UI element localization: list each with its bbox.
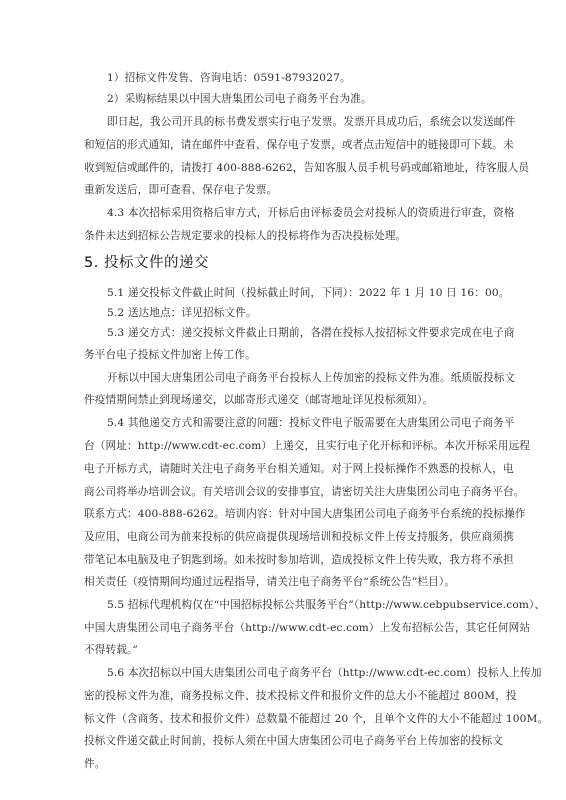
file-limits-line-5: 件。 (84, 757, 482, 771)
file-limits-line-3: 标文件（含商务、技术和报价文件）总数量不能超过 20 个，且单个文件的大小不能超… (84, 712, 482, 726)
publication-line-3: 不得转载。” (84, 643, 482, 657)
other-submission-line-1: 5.4 其他递交方式和需要注意的问题：投标文件电子版需要在大唐集团公司电子商务平 (107, 416, 482, 430)
contact-phone-line: 1）招标文件发售、咨询电话：0591-87932027。 (107, 71, 482, 85)
publication-line-2: 中国大唐集团公司电子商务平台（http://www.cdt-ec.com）上发布… (84, 621, 482, 635)
opening-basis-line-2: 件疫情期间禁止到现场递交，以邮寄形式递交（邮寄地址详见投标须知）。 (84, 393, 482, 407)
deadline-line: 5.1 递交投标文件截止时间（投标截止时间，下同）：2022 年 1 月 10 … (107, 286, 482, 300)
other-submission-line-6: 及应用，电商公司为前来投标的供应商提供现场培训和投标文件上传支持服务，供应商须携 (84, 530, 482, 544)
publication-line-1: 5.5 招标代理机构仅在“中国招标投标公共服务平台”（http://www.ce… (107, 598, 482, 612)
qualification-review-line-2: 条件未达到招标公告规定要求的投标人的投标将作为否决投标处理。 (84, 229, 482, 243)
other-submission-line-7: 带笔记本电脑及电子钥匙到场。如未按时参加培训，造成投标文件上传失败，我方将不承担 (84, 553, 482, 567)
other-submission-line-3: 电子开标方式，请随时关注电子商务平台相关通知。对于网上投标操作不熟悉的投标人，电 (84, 462, 482, 476)
other-submission-line-8: 相关责任（疫情期间均通过远程指导，请关注电子商务平台“系统公告”栏目）。 (84, 575, 482, 589)
file-limits-line-2: 密的投标文件为准，商务投标文件、技术投标文件和报价文件的总大小不能超过 800M… (84, 689, 482, 703)
other-submission-line-5: 联系方式：400-888-6262。培训内容：针对中国大唐集团公司电子商务平台系… (84, 507, 482, 521)
other-submission-line-4: 商公司将举办培训会议。有关培训会议的安排事宜，请密切关注大唐集团公司电子商务平台… (84, 485, 482, 499)
result-platform-line: 2）采购标结果以中国大唐集团公司电子商务平台为准。 (107, 92, 482, 106)
e-invoice-paragraph-line-3: 收到短信或邮件的，请拨打 400-888-6262，告知客服人员手机号码或邮箱地… (84, 161, 482, 175)
section-heading: 5. 投标文件的递交 (84, 254, 209, 272)
qualification-review-line-1: 4.3 本次招标采用资格后审方式，开标后由评标委员会对投标人的资质进行审查，资格 (107, 206, 482, 220)
submission-method-line-2: 务平台电子投标文件加密上传工作。 (84, 348, 482, 362)
e-invoice-paragraph-line-1: 即日起，我公司开具的标书费发票实行电子发票。发票开具成功后，系统会以发送邮件 (107, 115, 482, 129)
submission-method-line-1: 5.3 递交方式：递交投标文件截止日期前，各潜在投标人按招标文件要求完成在电子商 (107, 326, 482, 340)
document-page: 1）招标文件发售、咨询电话：0591-87932027。 2）采购标结果以中国大… (0, 0, 566, 800)
delivery-location-line: 5.2 送达地点：详见招标文件。 (107, 306, 482, 320)
e-invoice-paragraph-line-2: 和短信的形式通知，请在邮件中查看、保存电子发票，或者点击短信中的链接即可下载。未 (84, 138, 482, 152)
file-limits-line-4: 投标文件递交截止时间前，投标人须在中国大唐集团公司电子商务平台上传加密的投标文 (84, 734, 482, 748)
opening-basis-line-1: 开标以中国大唐集团公司电子商务平台投标人上传加密的投标文件为准。纸质版投标文 (107, 371, 482, 385)
other-submission-line-2: 台（网址：http://www.cdt-ec.com）上递交，且实行电子化开标和… (84, 439, 482, 453)
file-limits-line-1: 5.6 本次招标以中国大唐集团公司电子商务平台（http://www.cdt-e… (107, 666, 482, 680)
e-invoice-paragraph-line-4: 重新发送后，即可查看、保存电子发票。 (84, 183, 482, 197)
